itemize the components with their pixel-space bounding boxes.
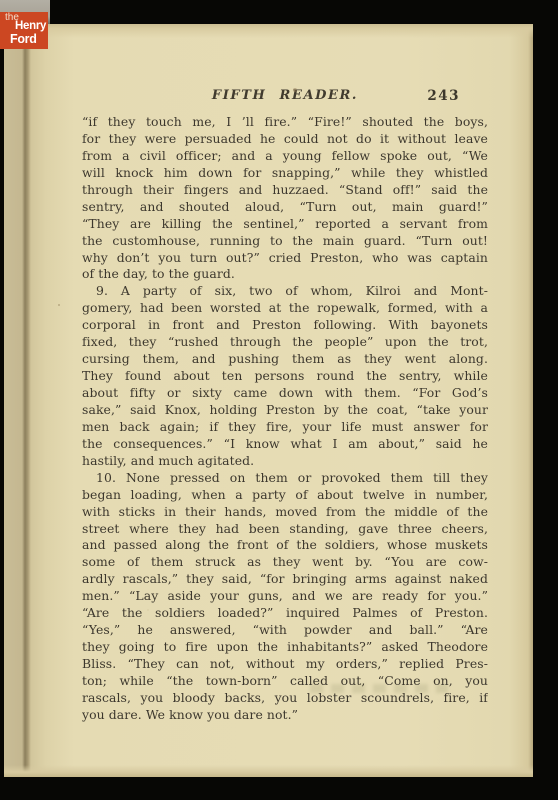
- text-line: corporal in front and Preston following.…: [82, 317, 488, 334]
- text-line: men.” “Lay aside your guns, and we are r…: [82, 588, 488, 605]
- text-line: “They are killing the sentinel,” reporte…: [82, 216, 488, 233]
- text-line: street where they had been standing, gav…: [82, 521, 488, 538]
- text-line: “Are the soldiers loaded?” inquired Palm…: [82, 605, 488, 622]
- text-line: gomery, had been worsted at the ropewalk…: [82, 300, 488, 317]
- paper-specks: [293, 88, 297, 92]
- text-line: through their fingers and huzzaed. “Stan…: [82, 182, 488, 199]
- text-line: “Yes,” he answered, “with powder and bal…: [82, 622, 488, 639]
- page-number: 243: [427, 88, 460, 104]
- book-page: FIFTH READER. 243 “if they touch me, I ’…: [4, 24, 533, 777]
- text-line: men back again; if they fire, your life …: [82, 419, 488, 436]
- text-line: some of them struck as they went by. “Yo…: [82, 554, 488, 571]
- text-line: 10. None pressed on them or provoked the…: [82, 470, 488, 487]
- text-line: for they were persuaded he could not do …: [82, 131, 488, 148]
- text-line: about fifty or sixty came down with them…: [82, 385, 488, 402]
- text-line: the consequences.” “I know what I am abo…: [82, 436, 488, 453]
- text-line: of the day, to the guard.: [82, 266, 488, 283]
- paragraph: 9. A party of six, two of whom, Kilroi a…: [82, 283, 488, 469]
- text-line: hastily, and much agitated.: [82, 453, 488, 470]
- text-line: sake,” said Knox, holding Preston by the…: [82, 402, 488, 419]
- text-line: why don’t you turn out?” cried Preston, …: [82, 250, 488, 267]
- text-line: the customhouse, running to the main gua…: [82, 233, 488, 250]
- text-line: fixed, they “rushed through the people” …: [82, 334, 488, 351]
- text-line: began loading, when a party of about twe…: [82, 487, 488, 504]
- text-line: they going to fire upon the inhabitants?…: [82, 639, 488, 656]
- logo-word-ford: Ford: [10, 32, 37, 46]
- paragraph: “if they touch me, I ’ll fire.” “Fire!” …: [82, 114, 488, 283]
- text-line: with sticks in their hands, moved from t…: [82, 504, 488, 521]
- ink-bleed-through: [310, 684, 448, 693]
- text-line: from a civil officer; and a young fellow…: [82, 148, 488, 165]
- text-line: will knock him down for snapping,” while…: [82, 165, 488, 182]
- text-line: and passed along the front of the soldie…: [82, 537, 488, 554]
- text-line: They found about ten persons round the s…: [82, 368, 488, 385]
- scanned-book-photo: FIFTH READER. 243 “if they touch me, I ’…: [0, 0, 558, 800]
- text-line: Bliss. “They can not, without my orders,…: [82, 656, 488, 673]
- text-line: sentry, and shouted aloud, “Turn out, ma…: [82, 199, 488, 216]
- text-line: 9. A party of six, two of whom, Kilroi a…: [82, 283, 488, 300]
- henry-ford-logo: the Henry Ford: [0, 12, 48, 49]
- text-line: “if they touch me, I ’ll fire.” “Fire!” …: [82, 114, 488, 131]
- text-line: cursing them, and pushing them as they w…: [82, 351, 488, 368]
- logo-word-henry: Henry: [15, 20, 46, 32]
- body-text: “if they touch me, I ’ll fire.” “Fire!” …: [82, 114, 488, 724]
- running-header: FIFTH READER. 243: [82, 88, 488, 106]
- text-line: ardly rascals,” they said, “for bringing…: [82, 571, 488, 588]
- text-line: you dare. We know you dare not.”: [82, 707, 488, 724]
